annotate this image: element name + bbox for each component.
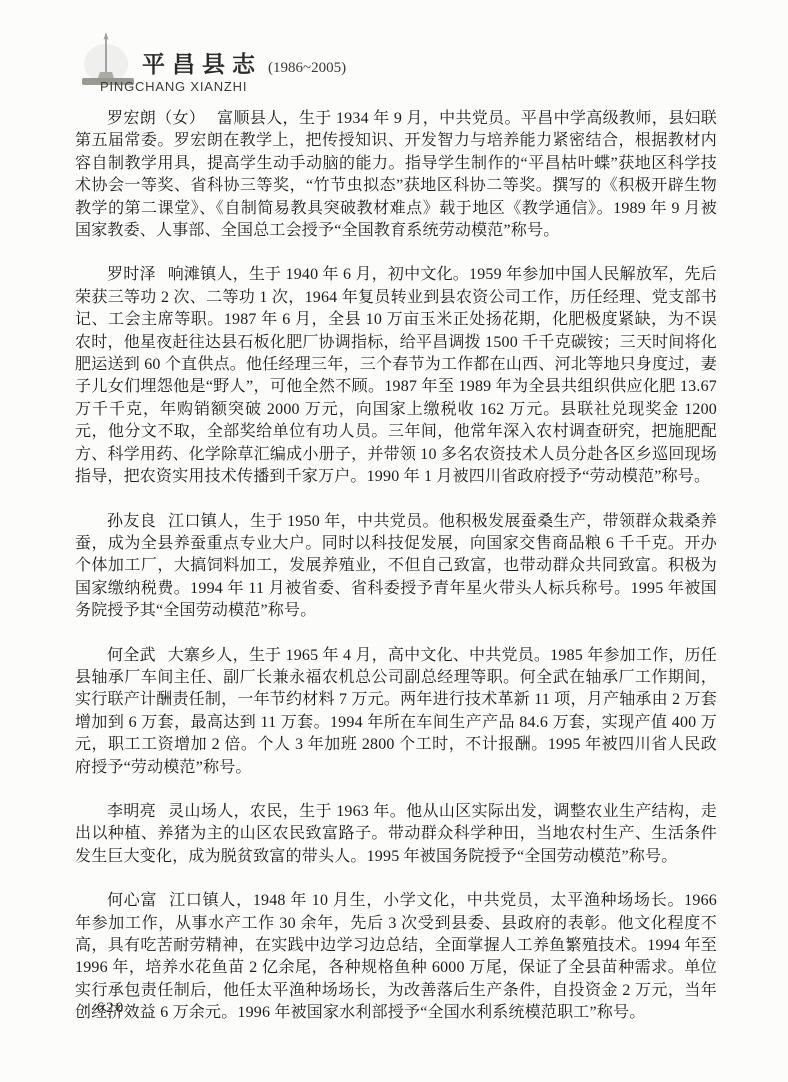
book-year-range: (1986~2005) bbox=[268, 60, 346, 76]
document-page: 平昌县志 (1986~2005) PINGCHANG XIANZHI 罗宏朗（女… bbox=[0, 0, 788, 1082]
biography-text: 江口镇人，1948 年 10 月生，小学文化，中共党员，太平渔种场场长。1966… bbox=[75, 892, 717, 1021]
biography-text: 江口镇人，生于 1950 年，中共党员。他积极发展蚕桑生产，带领群众栽桑养蚕，成… bbox=[75, 513, 717, 620]
biography-entry: 孙友良江口镇人，生于 1950 年，中共党员。他积极发展蚕桑生产，带领群众栽桑养… bbox=[75, 511, 717, 623]
biography-entry: 何心富江口镇人，1948 年 10 月生，小学文化，中共党员，太平渔种场场长。1… bbox=[75, 890, 717, 1024]
biography-text: 灵山场人，农民，生于 1963 年。他从山区实际出发，调整农业生产结构，走出以种… bbox=[75, 803, 717, 865]
biography-entry: 何全武大寨乡人，生于 1965 年 4 月，高中文化、中共党员。1985 年参加… bbox=[75, 645, 717, 779]
biography-text: 响滩镇人，生于 1940 年 6 月，初中文化。1959 年参加中国人民解放军，… bbox=[75, 266, 717, 485]
biography-entry: 李明亮灵山场人，农民，生于 1963 年。他从山区实际出发，调整农业生产结构，走… bbox=[75, 801, 717, 868]
book-title-pinyin: PINGCHANG XIANZHI bbox=[100, 79, 247, 94]
page-header: 平昌县志 (1986~2005) PINGCHANG XIANZHI bbox=[0, 0, 788, 100]
page-number: · 620 · bbox=[84, 1000, 138, 1016]
biography-entry: 罗时泽响滩镇人，生于 1940 年 6 月，初中文化。1959 年参加中国人民解… bbox=[75, 264, 717, 488]
book-title: 平昌县志 bbox=[142, 52, 262, 77]
person-name: 何全武 bbox=[107, 647, 168, 664]
person-name: 罗宏朗（女） bbox=[107, 110, 217, 127]
page-body: 罗宏朗（女）富顺县人，生于 1934 年 9 月，中共党员。平昌中学高级教师，县… bbox=[75, 108, 717, 1047]
person-name: 孙友良 bbox=[107, 513, 168, 530]
page-footer: · 620 · bbox=[84, 1000, 138, 1017]
book-title-row: 平昌县志 (1986~2005) bbox=[142, 46, 346, 79]
person-name: 李明亮 bbox=[107, 803, 168, 820]
person-name: 何心富 bbox=[107, 892, 169, 909]
biography-entry: 罗宏朗（女）富顺县人，生于 1934 年 9 月，中共党员。平昌中学高级教师，县… bbox=[75, 108, 717, 242]
person-name: 罗时泽 bbox=[107, 266, 168, 283]
biography-text: 富顺县人，生于 1934 年 9 月，中共党员。平昌中学高级教师，县妇联第五届常… bbox=[75, 110, 717, 239]
biography-text: 大寨乡人，生于 1965 年 4 月，高中文化、中共党员。1985 年参加工作，… bbox=[75, 647, 717, 776]
